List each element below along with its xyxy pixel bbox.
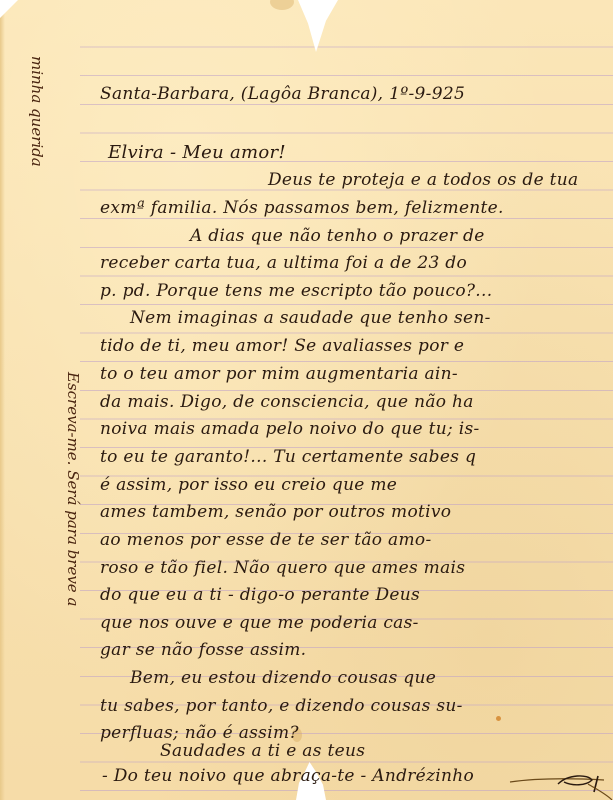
closing-greeting: Saudades a ti e as teus [160,741,365,761]
margin-note-bottom: Escreva-me. Será para breve a [64,372,82,606]
letter-line: A dias que não tenho o prazer de [190,226,485,246]
letter-line: tido de ti, meu amor! Se avaliasses por … [100,336,464,356]
letter-line: p. pd. Porque tens me escripto tão pouco… [100,281,492,301]
salutation: Elvira - Meu amor! [108,142,286,163]
letter-line: to eu te garanto!... Tu certamente sabes… [100,447,476,467]
ink-spot [496,716,501,721]
letter-line: Nem imaginas a saudade que tenho sen- [130,308,491,328]
paper-edge [0,0,5,800]
signature-line: - Do teu noivo que abraça-te - Andrézinh… [102,766,474,786]
letter-line: tu sabes, por tanto, e dizendo cousas su… [100,696,463,716]
letter-line: receber carta tua, a ultima foi a de 23 … [100,253,467,273]
torn-corner [0,0,18,18]
letter-line: gar se não fosse assim. [100,640,306,660]
letter-line: perfluas; não é assim? [100,723,299,743]
letter-line: exmª familia. Nós passamos bem, felizmen… [100,198,504,218]
letter-line: Deus te proteja e a todos os de tua [268,170,578,190]
letter-line: to o teu amor por mim augmentaria ain- [100,364,458,384]
letter-line: noiva mais amada pelo noivo do que tu; i… [100,419,480,439]
place-and-date: Santa-Barbara, (Lagôa Branca), 1º-9-925 [100,84,465,104]
letter-line: ao menos por esse de te ser tão amo- [100,530,431,550]
letter-line: Bem, eu estou dizendo cousas que [130,668,436,688]
letter-line: roso e tão fiel. Não quero que ames mais [100,558,465,578]
letter-page: minha querida Escreva-me. Será para brev… [0,0,613,800]
letter-line: ames tambem, senão por outros motivo [100,502,451,522]
letter-line: é assim, por isso eu creio que me [100,475,397,495]
letter-line: da mais. Digo, de consciencia, que não h… [100,392,474,412]
letter-line: que nos ouve e que me poderia cas- [100,613,419,633]
letter-line: do que eu a ti - digo-o perante Deus [100,585,420,605]
signature-flourish-icon [508,768,613,800]
margin-note-top: minha querida [28,56,46,167]
